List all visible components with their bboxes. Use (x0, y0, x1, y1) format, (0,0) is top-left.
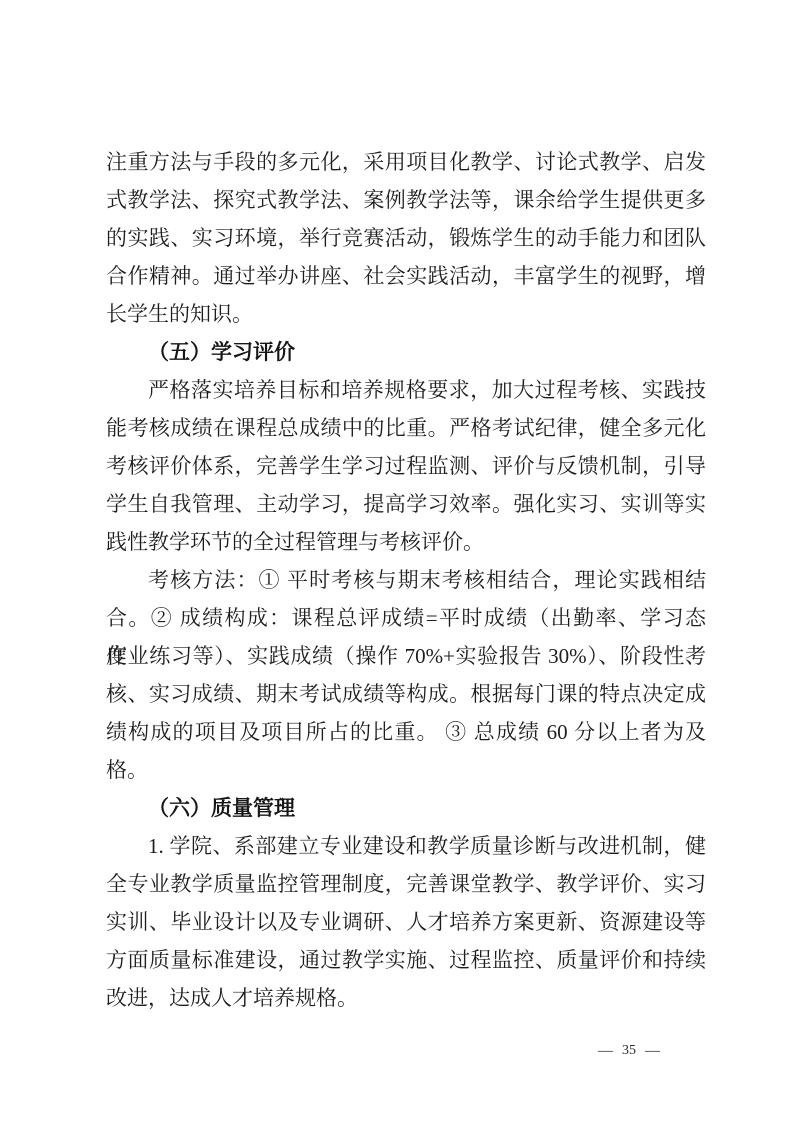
text-line: 能考核成绩在课程总成绩中的比重。严格考试纪律，健全多元化 (106, 409, 706, 447)
text-line: 实训、毕业设计以及专业调研、人才培养方案更新、资源建设等 (106, 903, 706, 941)
section-heading-learning-evaluation: （五）学习评价 (106, 333, 706, 371)
text-line: 践性教学环节的全过程管理与考核评价。 (106, 523, 706, 561)
text-line: 合。② 成绩构成：课程总评成绩=平时成绩（出勤率、学习态度、 (106, 599, 706, 637)
text-line: 方面质量标准建设，通过教学实施、过程监控、质量评价和持续 (106, 941, 706, 979)
text-line: 格。 (106, 751, 706, 789)
text-line: 1. 学院、系部建立专业建设和教学质量诊断与改进机制，健 (106, 827, 706, 865)
text-line: 学生自我管理、主动学习，提高学习效率。强化实习、实训等实 (106, 485, 706, 523)
text-line: 核、实习成绩、期末考试成绩等构成。根据每门课的特点决定成 (106, 675, 706, 713)
footer-dash-right: — (645, 1042, 660, 1060)
footer-dash-left: — (598, 1042, 613, 1060)
text-line: 注重方法与手段的多元化，采用项目化教学、讨论式教学、启发 (106, 143, 706, 181)
text-line: 合作精神。通过举办讲座、社会实践活动，丰富学生的视野，增 (106, 257, 706, 295)
document-body: 注重方法与手段的多元化，采用项目化教学、讨论式教学、启发 式教学法、探究式教学法… (106, 143, 706, 1017)
text-line: 作业练习等）、实践成绩（操作 70%+实验报告 30%）、阶段性考 (106, 637, 706, 675)
section-heading-quality-management: （六）质量管理 (106, 789, 706, 827)
text-line: 全专业教学质量监控管理制度，完善课堂教学、教学评价、实习 (106, 865, 706, 903)
text-line: 长学生的知识。 (106, 295, 706, 333)
text-line: 改进，达成人才培养规格。 (106, 979, 706, 1017)
text-line: 的实践、实习环境，举行竞赛活动，锻炼学生的动手能力和团队 (106, 219, 706, 257)
document-page: 注重方法与手段的多元化，采用项目化教学、讨论式教学、启发 式教学法、探究式教学法… (0, 0, 793, 1122)
text-line: 式教学法、探究式教学法、案例教学法等，课余给学生提供更多 (106, 181, 706, 219)
text-line: 考核评价体系，完善学生学习过程监测、评价与反馈机制，引导 (106, 447, 706, 485)
text-line: 绩构成的项目及项目所占的比重。 ③ 总成绩 60 分以上者为及 (106, 713, 706, 751)
text-line: 严格落实培养目标和培养规格要求，加大过程考核、实践技 (106, 371, 706, 409)
page-number: 35 (622, 1042, 636, 1060)
page-footer: — 35 — (598, 1042, 660, 1060)
text-line: 考核方法：① 平时考核与期末考核相结合，理论实践相结 (106, 561, 706, 599)
